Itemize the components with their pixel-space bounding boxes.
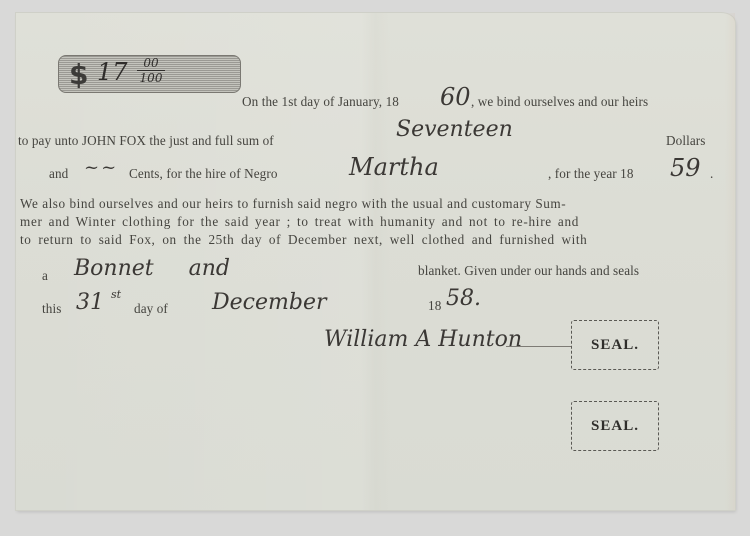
line3-year-prefix: , for the year 18	[548, 166, 634, 182]
line8-year-hand: 58.	[446, 286, 481, 311]
signature-line	[506, 346, 572, 347]
line7-suffix: blanket. Given under our hands and seals	[418, 263, 639, 279]
paragraph-line-2: mer and Winter clothing for the said yea…	[20, 214, 579, 230]
line8-month-hand: December	[212, 290, 326, 315]
line8-day-of: day of	[134, 301, 168, 317]
line3-period: .	[710, 166, 713, 182]
line3-name-hand: Martha	[349, 153, 439, 181]
line1-year-hand: 60	[440, 83, 471, 111]
line1-suffix: , we bind ourselves and our heirs	[471, 94, 648, 110]
line8-this: this	[42, 301, 61, 317]
line3-and: and	[49, 166, 68, 182]
amount-dollars: 17	[97, 58, 128, 86]
seal-label-2: SEAL.	[591, 418, 639, 435]
amount-cents: 00 100	[137, 56, 165, 85]
document-paper: $ 17 00 100 On the 1st day of January, 1…	[16, 13, 735, 510]
paragraph-line-3: to return to said Fox, on the 25th day o…	[20, 232, 587, 248]
line1-prefix: On the 1st day of January, 18	[242, 94, 399, 110]
line7-items-hand: Bonnet and	[74, 256, 230, 281]
line3-year-hand: 59	[670, 154, 701, 182]
seal-box-2: SEAL.	[571, 401, 659, 451]
paragraph-line-1: We also bind ourselves and our heirs to …	[20, 196, 566, 212]
seal-box-1: SEAL.	[571, 320, 659, 370]
dollar-sign: $	[69, 58, 88, 91]
line7-a: a	[42, 268, 48, 284]
line3-cents-hand: ~~	[84, 157, 118, 178]
line2-dollars-label: Dollars	[666, 133, 706, 149]
seal-label-1: SEAL.	[591, 337, 639, 354]
line2-amount-hand: Seventeen	[396, 117, 513, 142]
amount-box: $ 17 00 100	[58, 55, 241, 93]
line8-year-prefix: 18	[428, 298, 441, 314]
line8-day-hand: 31	[76, 290, 104, 315]
line8-day-suffix-hand: st	[111, 288, 121, 301]
line2-prefix: to pay unto JOHN FOX the just and full s…	[18, 133, 274, 149]
signature: William A Hunton	[324, 327, 522, 352]
line3-middle: Cents, for the hire of Negro	[129, 166, 278, 182]
